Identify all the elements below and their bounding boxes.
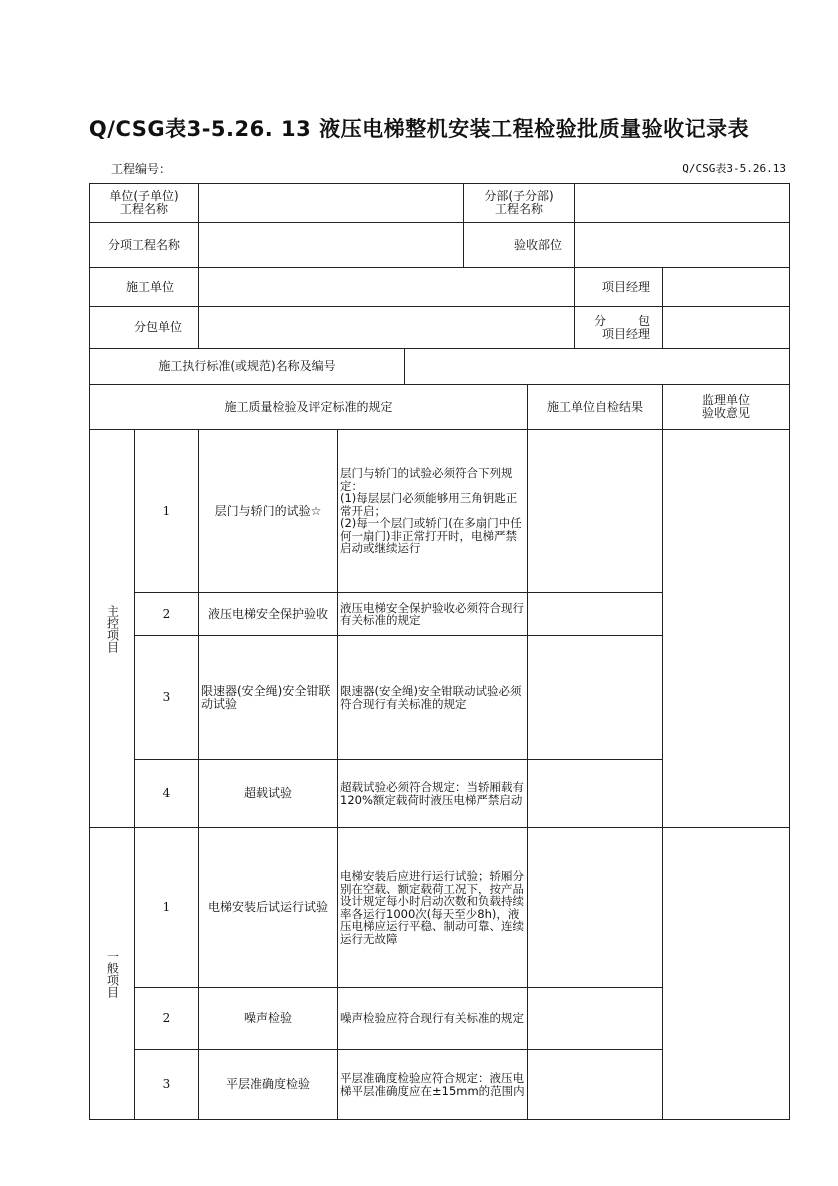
item-name-text: 噪声检验 <box>244 1012 292 1025</box>
item-standard: 液压电梯安全保护验收必须符合现行有关标准的规定 <box>337 592 528 636</box>
item-self-check-field[interactable] <box>527 759 663 828</box>
item-standard-text: 层门与轿门的试验必须符合下列规定： (1)每层层门必须能够用三角钥匙正常开启； … <box>340 467 525 555</box>
item-number-text: 4 <box>163 787 171 800</box>
item-name-text: 层门与轿门的试验☆ <box>215 505 322 518</box>
item-number-text: 2 <box>163 608 171 621</box>
main-control-label-text: 主控项目 <box>106 605 119 653</box>
self-check-column-header: 施工单位自检结果 <box>527 384 663 430</box>
item-name-text: 平层准确度检验 <box>226 1078 310 1091</box>
item-number-text: 3 <box>163 1078 171 1091</box>
item-name-text: 电梯安装后试运行试验 <box>208 901 328 914</box>
item-standard-text: 超载试验必须符合规定：当轿厢载有120%额定载荷时液压电梯严禁启动 <box>340 781 525 806</box>
supervisor-header-line-2: 验收意见 <box>702 407 750 420</box>
supervisor-column-header: 监理单位验收意见 <box>662 384 790 430</box>
item-self-check-field[interactable] <box>527 987 663 1050</box>
item-name-text: 限速器(安全绳)安全钳联动试验 <box>201 685 335 711</box>
unit-project-name-field[interactable] <box>198 183 464 223</box>
item-number-text: 1 <box>163 901 171 914</box>
item-name: 液压电梯安全保护验收 <box>198 592 338 636</box>
general-supervisor-opinion[interactable] <box>662 827 790 1120</box>
item-name: 限速器(安全绳)安全钳联动试验 <box>198 635 338 760</box>
general-group-label: 一般项目 <box>89 827 135 1120</box>
spec-column-header: 施工质量检验及评定标准的规定 <box>89 384 528 430</box>
item-number: 2 <box>134 987 199 1050</box>
subcontract-manager-label-1: 分 <box>594 315 606 328</box>
item-number: 2 <box>134 592 199 636</box>
subcontract-unit-field[interactable] <box>198 306 575 349</box>
project-manager-label: 项目经理 <box>574 267 663 307</box>
subcontract-unit-label: 分包单位 <box>89 306 199 349</box>
item-number-text: 2 <box>163 1012 171 1025</box>
division-project-name-field[interactable] <box>574 183 790 223</box>
subitem-project-name-label: 分项工程名称 <box>89 222 199 268</box>
item-standard: 平层准确度检验应符合规定：液压电梯平层准确度应在±15mm的范围内 <box>337 1049 528 1120</box>
item-standard-text: 电梯安装后应进行运行试验；轿厢分别在空载、额定载荷工况下，按产品设计规定每小时启… <box>340 870 525 945</box>
division-project-name-label: 分部(子分部) 工程名称 <box>463 183 575 223</box>
main-control-group-label: 主控项目 <box>89 429 135 828</box>
item-name: 层门与轿门的试验☆ <box>198 429 338 593</box>
item-number-text: 1 <box>163 505 171 518</box>
item-number: 3 <box>134 1049 199 1120</box>
item-number: 4 <box>134 759 199 828</box>
item-standard: 电梯安装后应进行运行试验；轿厢分别在空载、额定载荷工况下，按产品设计规定每小时启… <box>337 827 528 988</box>
item-standard-text: 噪声检验应符合现行有关标准的规定 <box>340 1012 524 1025</box>
item-self-check-field[interactable] <box>527 827 663 988</box>
construction-unit-label: 施工单位 <box>89 267 199 307</box>
item-name-text: 超载试验 <box>244 787 292 800</box>
item-standard-text: 平层准确度检验应符合规定：液压电梯平层准确度应在±15mm的范围内 <box>340 1072 525 1097</box>
acceptance-part-field[interactable] <box>574 222 790 268</box>
item-number-text: 3 <box>163 691 171 704</box>
item-self-check-field[interactable] <box>527 429 663 593</box>
acceptance-part-label: 验收部位 <box>463 222 575 268</box>
subitem-project-name-field[interactable] <box>198 222 464 268</box>
standard-label: 施工执行标准(或规范)名称及编号 <box>89 348 405 385</box>
item-name: 超载试验 <box>198 759 338 828</box>
main-control-supervisor-opinion[interactable] <box>662 429 790 828</box>
item-self-check-field[interactable] <box>527 1049 663 1120</box>
item-name: 平层准确度检验 <box>198 1049 338 1120</box>
item-standard: 噪声检验应符合现行有关标准的规定 <box>337 987 528 1050</box>
item-number: 1 <box>134 429 199 593</box>
item-name-text: 液压电梯安全保护验收 <box>208 608 328 621</box>
general-label-text: 一般项目 <box>106 950 119 998</box>
item-standard: 超载试验必须符合规定：当轿厢载有120%额定载荷时液压电梯严禁启动 <box>337 759 528 828</box>
item-name: 噪声检验 <box>198 987 338 1050</box>
item-name: 电梯安装后试运行试验 <box>198 827 338 988</box>
project-manager-field[interactable] <box>662 267 790 307</box>
item-standard-text: 限速器(安全绳)安全钳联动试验必须符合现行有关标准的规定 <box>340 685 525 710</box>
item-standard-text: 液压电梯安全保护验收必须符合现行有关标准的规定 <box>340 602 525 627</box>
item-standard: 限速器(安全绳)安全钳联动试验必须符合现行有关标准的规定 <box>337 635 528 760</box>
construction-unit-field[interactable] <box>198 267 575 307</box>
form-code: Q/CSG表3-5.26.13 <box>682 160 786 176</box>
unit-project-name-label: 单位(子单位) 工程名称 <box>89 183 199 223</box>
item-self-check-field[interactable] <box>527 635 663 760</box>
item-standard: 层门与轿门的试验必须符合下列规定： (1)每层层门必须能够用三角钥匙正常开启； … <box>337 429 528 593</box>
standard-field[interactable] <box>404 348 790 385</box>
item-number: 1 <box>134 827 199 988</box>
subcontract-manager-field[interactable] <box>662 306 790 349</box>
form-title: Q/CSG表3-5.26. 13 液压电梯整机安装工程检验批质量验收记录表 <box>0 113 838 143</box>
item-self-check-field[interactable] <box>527 592 663 636</box>
item-number: 3 <box>134 635 199 760</box>
project-number-label: 工程编号： <box>111 160 171 177</box>
subcontract-manager-label-3: 项目经理 <box>594 328 650 341</box>
subcontract-manager-label: 分包 项目经理 <box>574 306 663 349</box>
subcontract-manager-label-2: 包 <box>638 315 650 328</box>
